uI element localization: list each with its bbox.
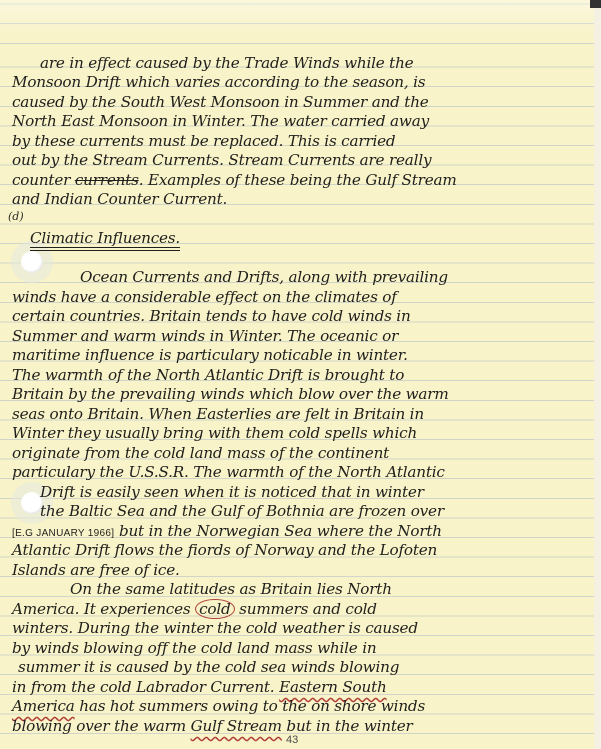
- page-edge: [594, 0, 601, 749]
- text-fragment: counter: [12, 171, 70, 189]
- text-line: in from the cold Labrador Current. Easte…: [12, 678, 387, 697]
- text-line: by these currents must be replaced. This…: [12, 132, 395, 151]
- section-heading: Climatic Influences.: [30, 229, 180, 248]
- text-fragment: America. It experiences: [12, 600, 195, 618]
- text-line: America. It experiences cold summers and…: [12, 600, 377, 619]
- text-line: maritime influence is particulary notica…: [12, 346, 408, 365]
- text-line: Drift is easily seen when it is noticed …: [40, 483, 424, 502]
- text-line: The warmth of the North Atlantic Drift i…: [12, 366, 404, 385]
- notebook-page: are in effect caused by the Trade Winds …: [0, 0, 594, 749]
- text-fragment: summers and cold: [235, 600, 377, 618]
- page-number: 43: [286, 734, 298, 746]
- text-line: are in effect caused by the Trade Winds …: [40, 54, 413, 73]
- text-fragment: but in the Norwegian Sea where the North: [114, 522, 442, 540]
- wavy-underlined-text: America: [12, 697, 75, 715]
- text-line: Islands are free of ice.: [12, 561, 180, 580]
- text-line: Atlantic Drift flows the fiords of Norwa…: [12, 541, 437, 560]
- section-marker: (d): [8, 210, 24, 223]
- text-fragment: blowing over the warm: [12, 717, 191, 735]
- text-line: caused by the South West Monsoon in Summ…: [12, 93, 429, 112]
- wavy-underlined-text: Gulf Stream: [191, 717, 282, 735]
- text-line: Winter they usually bring with them cold…: [12, 424, 417, 443]
- punch-hole-icon: [21, 251, 43, 273]
- text-line: counter currents. Examples of these bein…: [12, 171, 457, 190]
- text-line: America has hot summers owing to the on …: [12, 697, 425, 716]
- wavy-underlined-text: Eastern South: [279, 678, 387, 696]
- text-line: certain countries. Britain tends to have…: [12, 307, 411, 326]
- circled-word: cold: [195, 599, 234, 619]
- text-line: Ocean Currents and Drifts, along with pr…: [80, 268, 448, 287]
- text-line: Britain by the prevailing winds which bl…: [12, 385, 449, 404]
- text-line: seas onto Britain. When Easterlies are f…: [12, 405, 424, 424]
- text-line: the Baltic Sea and the Gulf of Bothnia a…: [40, 502, 444, 521]
- date-annotation: [E.G JANUARY 1966]: [12, 528, 114, 539]
- text-fragment: has hot summers owing to the on shore wi…: [75, 697, 425, 715]
- text-line: blowing over the warm Gulf Stream but in…: [12, 717, 413, 736]
- text-line: and Indian Counter Current.: [12, 190, 227, 209]
- text-line: On the same latitudes as Britain lies No…: [70, 580, 392, 599]
- text-line: North East Monsoon in Winter. The water …: [12, 112, 429, 131]
- text-line: winds have a considerable effect on the …: [12, 288, 397, 307]
- text-line: particulary the U.S.S.R. The warmth of t…: [12, 463, 445, 482]
- text-line: winters. During the winter the cold weat…: [12, 619, 418, 638]
- text-line: Summer and warm winds in Winter. The oce…: [12, 327, 398, 346]
- text-line: originate from the cold land mass of the…: [12, 444, 389, 463]
- text-line: summer it is caused by the cold sea wind…: [18, 658, 399, 677]
- text-line: Monsoon Drift which varies according to …: [12, 73, 425, 92]
- text-fragment: . Examples of these being the Gulf Strea…: [139, 171, 457, 189]
- text-line: [E.G JANUARY 1966] but in the Norwegian …: [12, 522, 442, 543]
- crossed-out-word: currents: [75, 171, 139, 189]
- text-fragment: in from the cold Labrador Current.: [12, 678, 279, 696]
- text-line: out by the Stream Currents. Stream Curre…: [12, 151, 431, 170]
- text-fragment: but in the winter: [282, 717, 413, 735]
- text-line: by winds blowing off the cold land mass …: [12, 639, 376, 658]
- scan-border: [590, 0, 601, 8]
